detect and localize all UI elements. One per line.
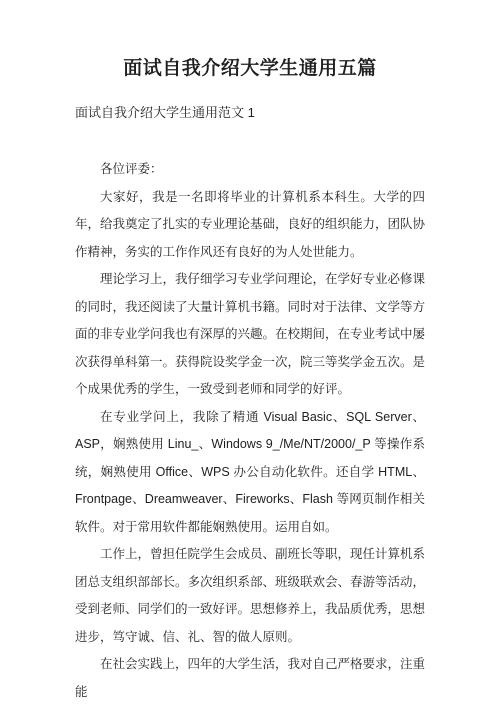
paragraph: 大家好，我是一名即将毕业的计算机系本科生。大学的四年，给我奠定了扎实的专业理论基…: [75, 184, 425, 267]
document-page: 面试自我介绍大学生通用五篇 面试自我介绍大学生通用范文 1 各位评委： 大家好，…: [0, 0, 500, 707]
paragraph: 在专业学问上，我除了精通 Visual Basic、SQL Server、ASP…: [75, 404, 425, 542]
document-body: 各位评委： 大家好，我是一名即将毕业的计算机系本科生。大学的四年，给我奠定了扎实…: [75, 156, 425, 706]
section-heading: 面试自我介绍大学生通用范文 1: [75, 103, 425, 123]
paragraph-salutation: 各位评委：: [75, 156, 425, 184]
paragraph-truncated: 在社会实践上，四年的大学生活，我对自己严格要求，注重能: [75, 651, 425, 706]
document-title: 面试自我介绍大学生通用五篇: [40, 55, 460, 83]
paragraph: 工作上，曾担任院学生会成员、副班长等职，现任计算机系团总支组织部部长。多次组织系…: [75, 541, 425, 651]
paragraph: 理论学习上，我仔细学习专业学问理论，在学好专业必修课的同时，我还阅读了大量计算机…: [75, 266, 425, 404]
